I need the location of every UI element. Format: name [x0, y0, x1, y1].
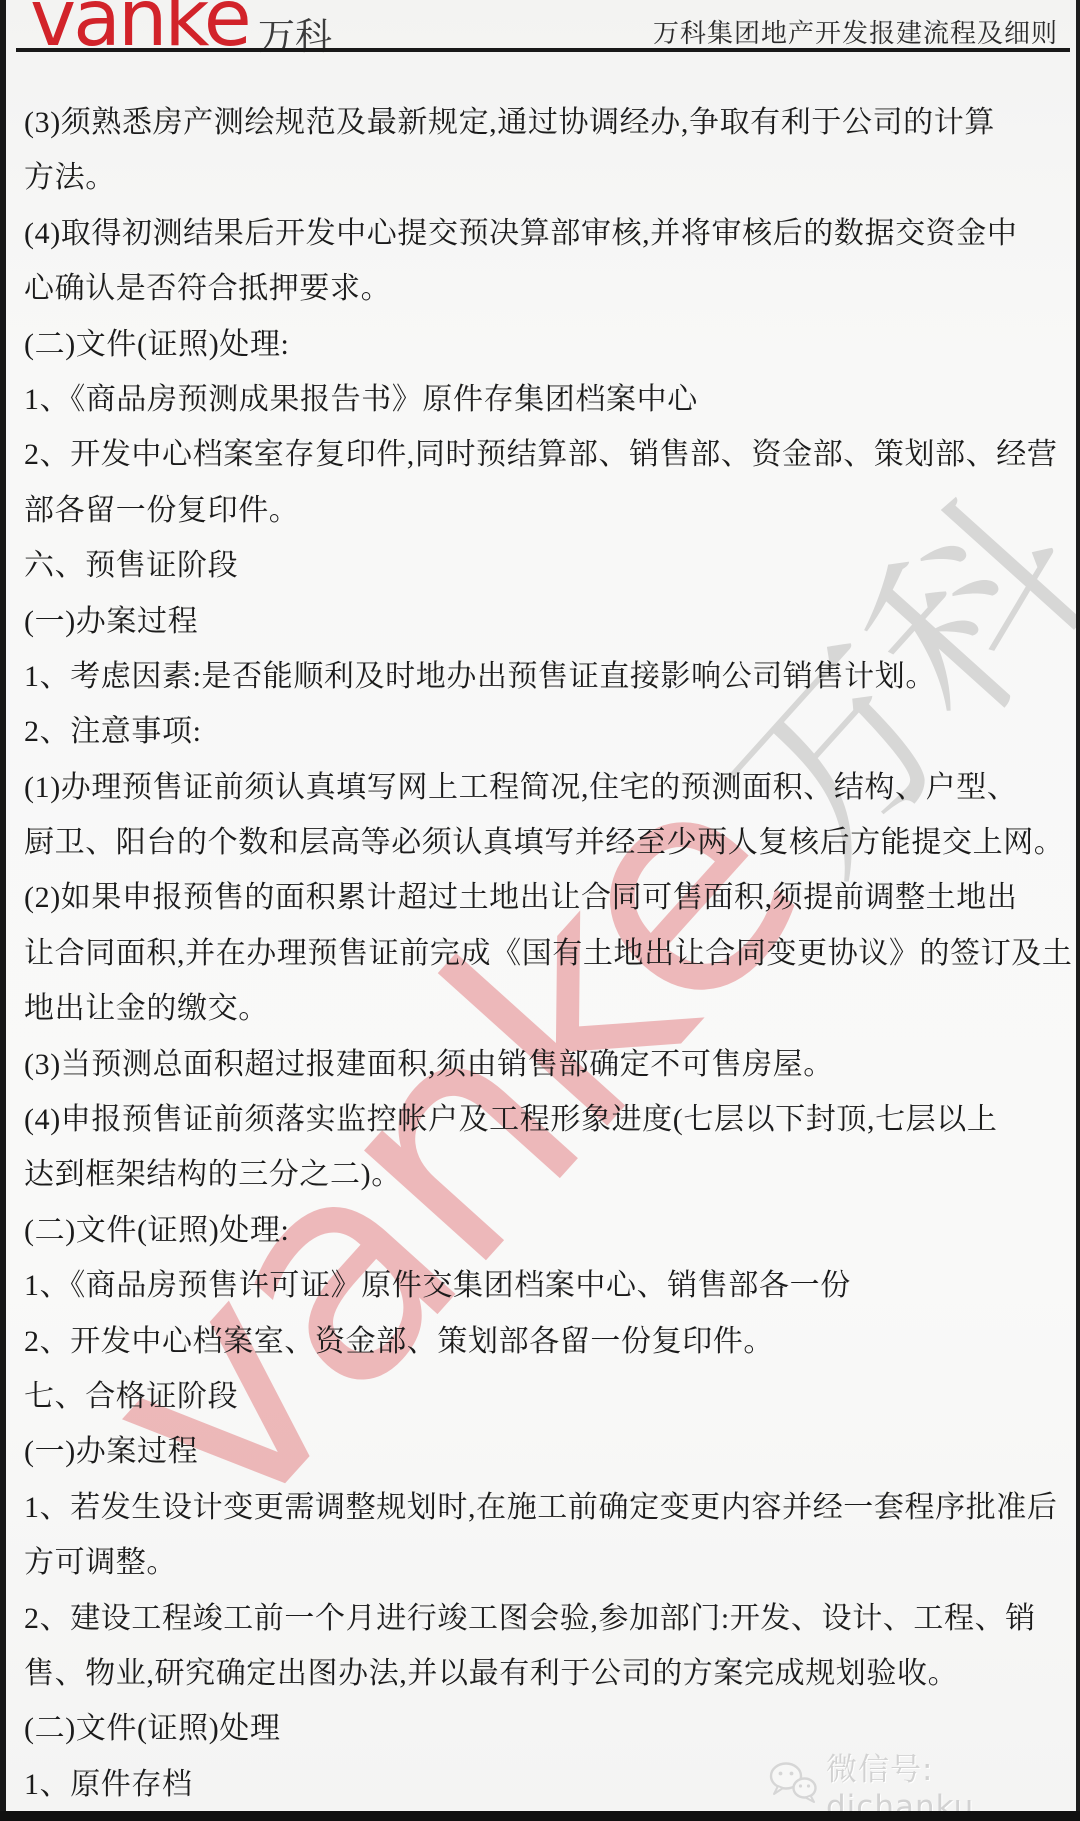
text-line: 部各留一份复印件。: [24, 483, 1066, 538]
text-line: (二)文件(证照)处理:: [24, 317, 1066, 372]
text-line: (一)办案过程: [24, 1424, 1066, 1479]
text-line: (3)当预测总面积超过报建面积,须由销售部确定不可售房屋。: [24, 1037, 1066, 1092]
text-line: 让合同面积,并在办理预售证前完成《国有土地出让合同变更协议》的签订及土: [24, 926, 1066, 981]
text-line: 1、若发生设计变更需调整规划时,在施工前确定变更内容并经一套程序批准后: [24, 1480, 1066, 1535]
wechat-id-label: 微信号: dichanku: [826, 1744, 1080, 1821]
text-line: 地出让金的缴交。: [24, 981, 1066, 1036]
wechat-watermark: 微信号: dichanku: [768, 1744, 1080, 1821]
text-line: 方法。: [24, 150, 1066, 205]
text-line: (二)文件(证照)处理:: [24, 1203, 1066, 1258]
text-line: 心确认是否符合抵押要求。: [24, 261, 1066, 316]
page-edge-left: [0, 0, 6, 1821]
text-line: (3)须熟悉房产测绘规范及最新规定,通过协调经办,争取有利于公司的计算: [24, 95, 1066, 150]
text-line: (2)如果申报预售的面积累计超过土地出让合同可售面积,须提前调整土地出: [24, 870, 1066, 925]
text-line: 1、考虑因素:是否能顺利及时地办出预售证直接影响公司销售计划。: [24, 649, 1066, 704]
text-line: 2、开发中心档案室、资金部、策划部各留一份复印件。: [24, 1314, 1066, 1369]
text-line: 2、注意事项:: [24, 704, 1066, 759]
text-line: 方可调整。: [24, 1535, 1066, 1590]
text-line: (一)办案过程: [24, 594, 1066, 649]
page-header: vanke 万科 万科集团地产开发报建流程及细则: [0, 0, 1080, 54]
header-divider: [16, 48, 1070, 52]
text-line: 六、预售证阶段: [24, 538, 1066, 593]
document-title: 万科集团地产开发报建流程及细则: [653, 13, 1058, 50]
text-line: (1)办理预售证前须认真填写网上工程简况,住宅的预测面积、结构、户型、: [24, 760, 1066, 815]
page-edge-bottom: [0, 1811, 1080, 1821]
text-line: 厨卫、阳台的个数和层高等必须认真填写并经至少两人复核后方能提交上网。: [24, 815, 1066, 870]
text-line: 售、物业,研究确定出图办法,并以最有利于公司的方案完成规划验收。: [24, 1646, 1066, 1701]
text-line: 2、开发中心档案室存复印件,同时预结算部、销售部、资金部、策划部、经营: [24, 427, 1066, 482]
wechat-icon: [768, 1761, 818, 1808]
text-line: 达到框架结构的三分之二)。: [24, 1147, 1066, 1202]
page-edge-right: [1076, 0, 1080, 1821]
document-body: (3)须熟悉房产测绘规范及最新规定,通过协调经办,争取有利于公司的计算方法。(4…: [24, 95, 1066, 1812]
text-line: 七、合格证阶段: [24, 1369, 1066, 1424]
text-line: 1、《商品房预测成果报告书》原件存集团档案中心: [24, 372, 1066, 427]
vanke-logo: vanke: [30, 0, 249, 64]
text-line: (4)申报预售证前须落实监控帐户及工程形象进度(七层以下封顶,七层以上: [24, 1092, 1066, 1147]
text-line: (4)取得初测结果后开发中心提交预决算部审核,并将审核后的数据交资金中: [24, 206, 1066, 261]
text-line: 2、建设工程竣工前一个月进行竣工图会验,参加部门:开发、设计、工程、销: [24, 1591, 1066, 1646]
text-line: 1、《商品房预售许可证》原件交集团档案中心、销售部各一份: [24, 1258, 1066, 1313]
